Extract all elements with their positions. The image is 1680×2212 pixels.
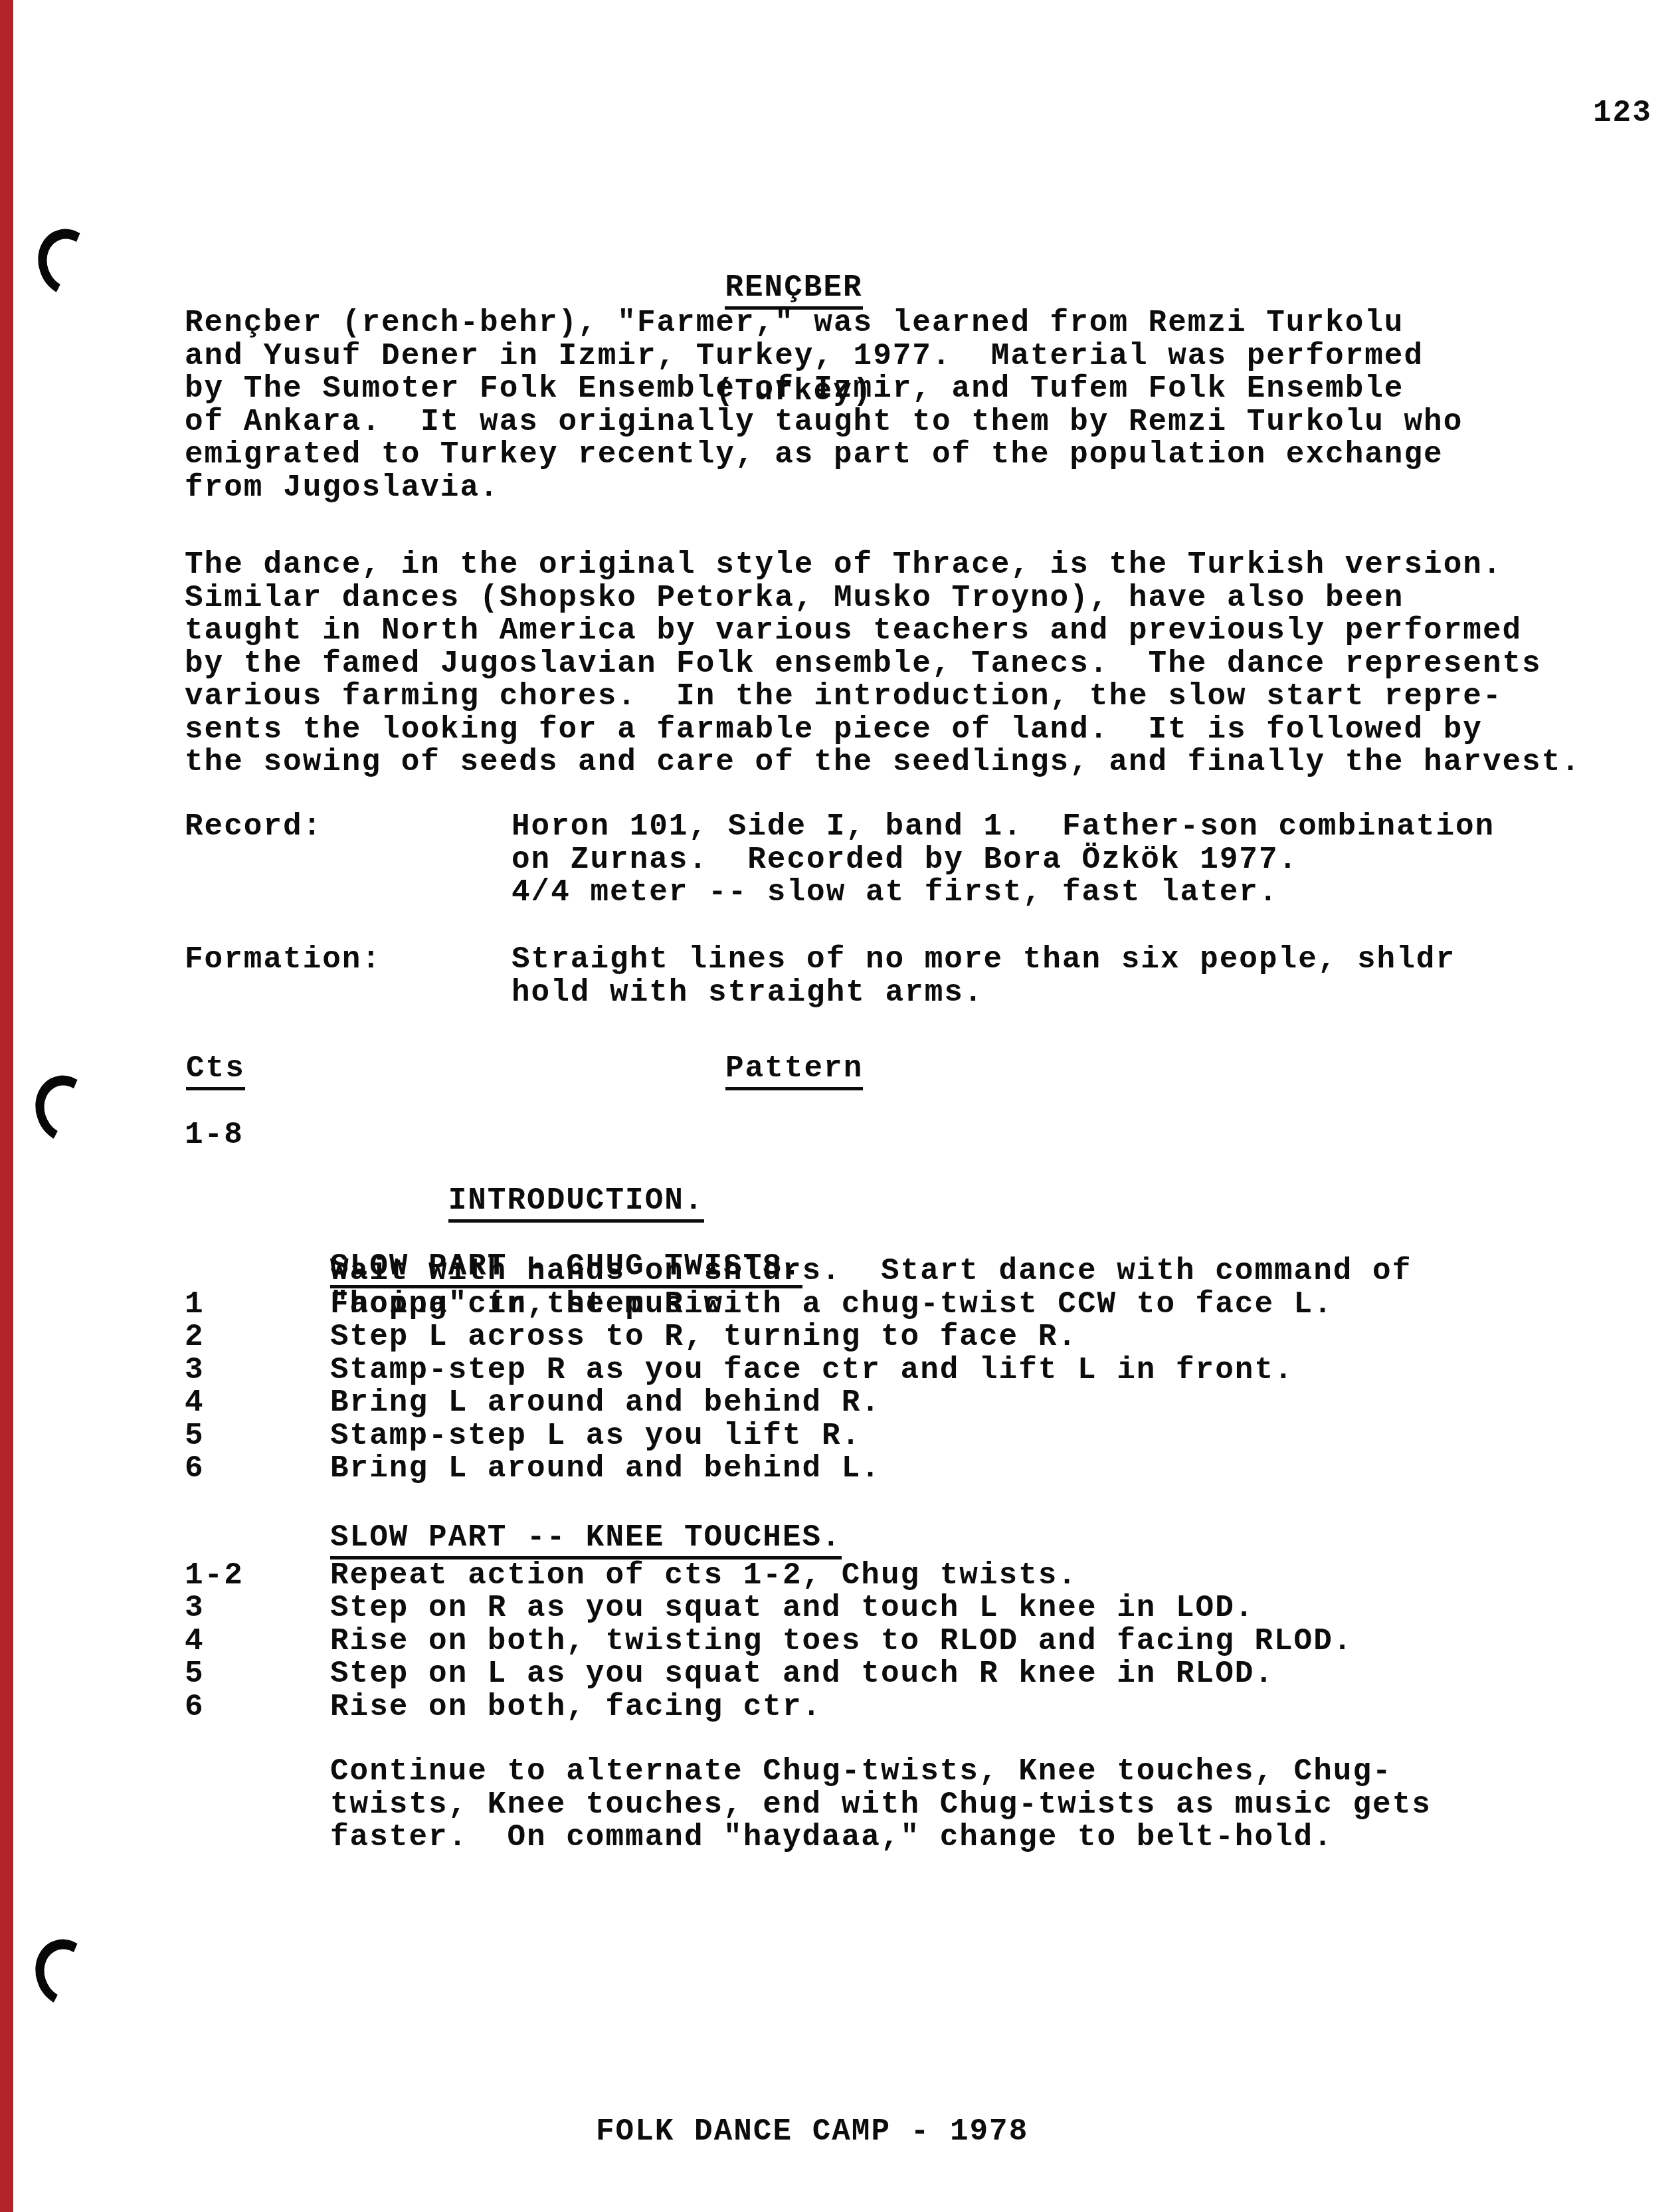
pattern-cell: Stamp-step L as you lift R. — [330, 1419, 861, 1453]
text-line: Horon 101, Side I, band 1. Father-son co… — [512, 811, 1495, 844]
pattern-row: 5Step on L as you squat and touch R knee… — [330, 1658, 1353, 1691]
formation-label: Formation: — [185, 944, 381, 977]
count-cell: 5 — [185, 1420, 205, 1453]
pattern-cell: Step L across to R, turning to face R. — [330, 1320, 1077, 1354]
scan-edge-line — [0, 0, 13, 2212]
text-line: taught in North America by various teach… — [185, 615, 1581, 648]
text-line: emigrated to Turkey recently, as part of… — [185, 439, 1463, 472]
page-number: 123 — [1593, 97, 1652, 130]
text-line: on Zurnas. Recorded by Bora Özkök 1977. — [512, 844, 1495, 877]
text-line: sents the looking for a farmable piece o… — [185, 714, 1581, 747]
pattern-column-header: Pattern — [725, 1053, 863, 1090]
pattern-cell: Step on R as you squat and touch L knee … — [330, 1591, 1254, 1625]
formation-section: Formation: Straight lines of no more tha… — [512, 944, 1455, 1009]
pattern-row: 5Stamp-step L as you lift R. — [330, 1420, 1333, 1453]
pattern-row: 4Bring L around and behind R. — [330, 1387, 1333, 1420]
count-cell: 1-2 — [185, 1559, 244, 1593]
background-paragraph-2: The dance, in the original style of Thra… — [185, 549, 1581, 779]
count-cell: 4 — [185, 1625, 205, 1659]
count-cell: 1-8 — [185, 1119, 244, 1152]
pattern-row: 3Step on R as you squat and touch L knee… — [330, 1592, 1353, 1625]
pattern-row: 1Facing ctr, step R with a chug-twist CC… — [330, 1288, 1333, 1322]
page-footer: FOLK DANCE CAMP - 1978 — [596, 2116, 1028, 2149]
pattern-cell: Rise on both, facing ctr. — [330, 1690, 822, 1724]
text-line: faster. On command "haydaaa," change to … — [330, 1821, 1432, 1855]
binding-shadow-icon — [29, 221, 106, 304]
pattern-row: 1-2Repeat action of cts 1-2, Chug twists… — [330, 1559, 1353, 1593]
text-line: of Ankara. It was originally taught to t… — [185, 406, 1463, 439]
formation-text: Straight lines of no more than six peopl… — [512, 944, 1455, 1009]
count-cell: 3 — [185, 1354, 205, 1387]
binding-shadow-icon — [27, 1932, 103, 2014]
introduction-heading: INTRODUCTION. — [448, 1185, 704, 1223]
knee-touches-section: SLOW PART -- KNEE TOUCHES. 1-2Repeat act… — [330, 1522, 1353, 1724]
count-cell: 5 — [185, 1658, 205, 1691]
pattern-row: 6Rise on both, facing ctr. — [330, 1691, 1353, 1724]
count-cell: 6 — [185, 1691, 205, 1724]
text-line: various farming chores. In the introduct… — [185, 680, 1581, 714]
text-line: 4/4 meter -- slow at first, fast later. — [512, 876, 1495, 910]
knee-touches-rows: 1-2Repeat action of cts 1-2, Chug twists… — [330, 1559, 1353, 1724]
text-line: hold with straight arms. — [512, 977, 1455, 1010]
pattern-cell: Step on L as you squat and touch R knee … — [330, 1657, 1274, 1691]
count-cell: 1 — [185, 1288, 205, 1322]
chug-twists-heading-row: SLOW PART - CHUG TWISTS. — [330, 1251, 1333, 1288]
chug-twists-section: SLOW PART - CHUG TWISTS. 1Facing ctr, st… — [330, 1251, 1333, 1486]
background-paragraph-1: Rençber (rench-behr), "Farmer," was lear… — [185, 307, 1463, 504]
pattern-row: 4Rise on both, twisting toes to RLOD and… — [330, 1625, 1353, 1659]
knee-touches-heading: SLOW PART -- KNEE TOUCHES. — [330, 1522, 842, 1559]
text-line: The dance, in the original style of Thra… — [185, 549, 1581, 582]
pattern-row: 6Bring L around and behind L. — [330, 1453, 1333, 1486]
count-cell: 2 — [185, 1321, 205, 1354]
introduction-heading-row: 1-8 INTRODUCTION. — [330, 1119, 1412, 1255]
text-line: Continue to alternate Chug-twists, Knee … — [330, 1756, 1432, 1789]
binding-shadow-icon — [27, 1068, 103, 1150]
count-cell: 3 — [185, 1592, 205, 1625]
pattern-row: 3Stamp-step R as you face ctr and lift L… — [330, 1354, 1333, 1387]
dance-title: RENÇBER — [725, 272, 862, 310]
record-section: Record: Horon 101, Side I, band 1. Fathe… — [512, 811, 1495, 910]
text-line: from Jugoslavia. — [185, 472, 1463, 505]
text-line: by the famed Jugoslavian Folk ensemble, … — [185, 648, 1581, 681]
text-line: Rençber (rench-behr), "Farmer," was lear… — [185, 307, 1463, 340]
pattern-cell: Rise on both, twisting toes to RLOD and … — [330, 1624, 1353, 1659]
scanned-document-page: 123 RENÇBER (Turkey) Rençber (rench-behr… — [0, 0, 1680, 2212]
cts-header-text: Cts — [186, 1053, 245, 1090]
count-cell: 6 — [185, 1453, 205, 1486]
knee-touches-heading-row: SLOW PART -- KNEE TOUCHES. — [330, 1522, 1353, 1559]
text-line: twists, Knee touches, end with Chug-twis… — [330, 1789, 1432, 1822]
pattern-header-text: Pattern — [725, 1053, 863, 1090]
pattern-cell: Bring L around and behind R. — [330, 1385, 881, 1420]
record-label: Record: — [185, 811, 322, 844]
cts-column-header: Cts — [186, 1053, 245, 1090]
text-line: the sowing of seeds and care of the seed… — [185, 746, 1581, 779]
text-line: by The Sumoter Folk Ensemble of Izmir, a… — [185, 373, 1463, 406]
pattern-row: 2Step L across to R, turning to face R. — [330, 1321, 1333, 1354]
text-line: Straight lines of no more than six peopl… — [512, 944, 1455, 977]
pattern-cell: Repeat action of cts 1-2, Chug twists. — [330, 1558, 1077, 1593]
dance-title-line: RENÇBER — [678, 272, 910, 310]
record-text: Horon 101, Side I, band 1. Father-son co… — [512, 811, 1495, 910]
closing-paragraph: Continue to alternate Chug-twists, Knee … — [330, 1756, 1432, 1855]
pattern-cell: Bring L around and behind L. — [330, 1451, 881, 1486]
text-line: and Yusuf Dener in Izmir, Turkey, 1977. … — [185, 340, 1463, 373]
pattern-cell: Facing ctr, step R with a chug-twist CCW… — [330, 1287, 1333, 1322]
count-cell: 4 — [185, 1387, 205, 1420]
text-line: Similar dances (Shopsko Petorka, Musko T… — [185, 582, 1581, 615]
chug-twists-heading: SLOW PART - CHUG TWISTS. — [330, 1251, 802, 1288]
pattern-cell: Stamp-step R as you face ctr and lift L … — [330, 1353, 1294, 1387]
chug-twists-rows: 1Facing ctr, step R with a chug-twist CC… — [330, 1288, 1333, 1486]
